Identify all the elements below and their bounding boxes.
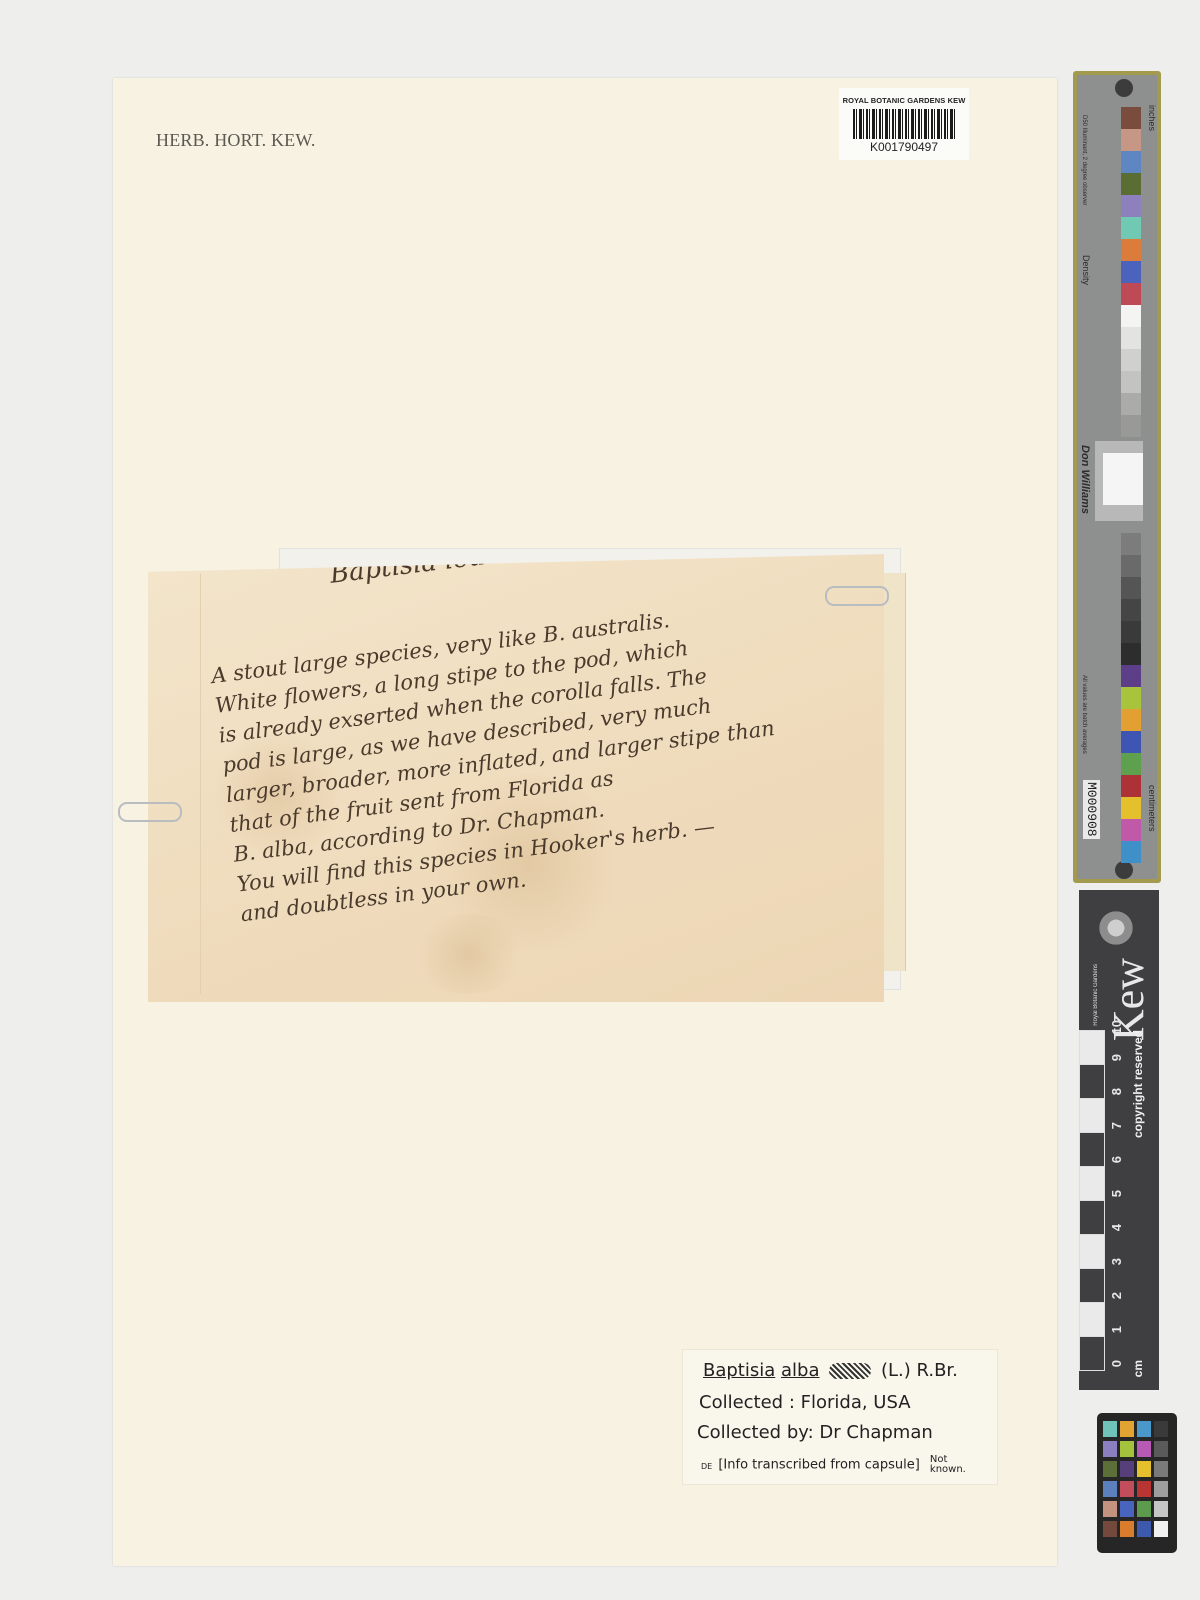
colour-swatch: [1154, 1501, 1168, 1517]
scale-number: 6: [1109, 1156, 1124, 1163]
scale-segment: [1079, 1166, 1105, 1201]
scale-segment: [1079, 1302, 1105, 1337]
colour-swatch: [1121, 621, 1141, 643]
colour-swatch: [1121, 687, 1141, 709]
colour-swatch: [1121, 283, 1141, 305]
resolution-target: [1103, 453, 1143, 505]
colour-swatch: [1154, 1421, 1168, 1437]
colour-swatch: [1121, 217, 1141, 239]
royal-crest-icon: [1097, 908, 1135, 948]
colour-swatch: [1121, 349, 1141, 371]
scale-number: 10: [1109, 1020, 1124, 1034]
swatch-column-bottom: [1121, 533, 1141, 863]
colour-swatch: [1103, 1421, 1117, 1437]
scale-segment: [1079, 1064, 1105, 1099]
not-known-line2: known.: [930, 1464, 966, 1475]
brand-label: Don Williams: [1079, 445, 1091, 514]
colour-swatch: [1137, 1441, 1151, 1457]
herbarium-title: HERB. HORT. KEW.: [156, 130, 316, 151]
scale-segment: [1079, 1132, 1105, 1167]
colour-swatch: [1120, 1521, 1134, 1537]
averages-note: All values are batch averages: [1081, 675, 1087, 754]
collected-location: Collected : Florida, USA: [699, 1392, 911, 1413]
scale-number: 9: [1109, 1054, 1124, 1061]
illuminant-note: D50 Illuminant, 2 degree observer: [1081, 115, 1087, 205]
mounting-hole-icon: [1115, 861, 1133, 879]
scale-segment: [1079, 1030, 1105, 1065]
paperclip-icon: [118, 802, 182, 822]
colour-swatch: [1121, 195, 1141, 217]
colour-calibration-chart: inches centimeters D50 Illuminant, 2 deg…: [1073, 71, 1161, 883]
kew-logo-subtext: Royal Botanic Gardens: [1093, 964, 1099, 1026]
colour-swatch: [1121, 327, 1141, 349]
colour-swatch: [1121, 665, 1141, 687]
genus: Baptisia: [703, 1360, 775, 1381]
colour-swatch: [1121, 129, 1141, 151]
scale-segment: [1079, 1268, 1105, 1303]
scale-number: 2: [1109, 1292, 1124, 1299]
colour-swatch: [1103, 1521, 1117, 1537]
colour-swatch: [1121, 797, 1141, 819]
collector: Collected by: Dr Chapman: [697, 1422, 933, 1443]
chart-id: M000908: [1083, 780, 1100, 839]
kew-scale-bar: Kew Royal Botanic Gardens 012345678910 c…: [1079, 890, 1159, 1390]
scale-number: 1: [1109, 1326, 1124, 1333]
colour-swatch: [1154, 1521, 1168, 1537]
colour-swatch: [1121, 371, 1141, 393]
det-prefix: DE: [701, 1462, 712, 1471]
determination-label: Baptisia alba (L.) R.Br. Collected : Flo…: [682, 1349, 998, 1485]
colour-swatch: [1137, 1521, 1151, 1537]
colour-swatch: [1121, 753, 1141, 775]
note-text: [Info transcribed from capsule]: [718, 1458, 919, 1473]
colour-swatch: [1120, 1461, 1134, 1477]
scale-number: 3: [1109, 1258, 1124, 1265]
crossed-out-text: [829, 1363, 871, 1379]
scale-number: 4: [1109, 1224, 1124, 1231]
colour-swatch: [1121, 393, 1141, 415]
colour-swatch: [1154, 1481, 1168, 1497]
scale-segment: [1079, 1200, 1105, 1235]
barcode-label: ROYAL BOTANIC GARDENS KEW K001790497: [839, 88, 969, 160]
authority: (L.) R.Br.: [881, 1360, 958, 1381]
copyright-text: copyright reserved: [1131, 1030, 1145, 1138]
barcode-organization: ROYAL BOTANIC GARDENS KEW: [843, 96, 966, 105]
capsule-crease: [200, 574, 201, 994]
species: alba: [781, 1360, 820, 1381]
taxon-name: Baptisia alba (L.) R.Br.: [703, 1360, 958, 1381]
colour-swatch: [1103, 1481, 1117, 1497]
scale-number: 0: [1109, 1360, 1124, 1367]
unit-label-centimeters: centimeters: [1147, 785, 1157, 832]
colour-checker: [1097, 1413, 1177, 1553]
paperclip-icon: [825, 586, 889, 606]
not-known: Not known.: [930, 1455, 966, 1475]
unit-label-inches: inches: [1147, 105, 1157, 131]
colour-swatch: [1121, 415, 1141, 437]
colour-swatch: [1154, 1441, 1168, 1457]
colour-swatch: [1154, 1461, 1168, 1477]
colour-swatch: [1121, 555, 1141, 577]
colour-swatch: [1121, 151, 1141, 173]
barcode-icon: [853, 109, 955, 139]
colour-swatch: [1121, 643, 1141, 665]
colour-swatch: [1121, 599, 1141, 621]
colour-swatch: [1120, 1421, 1134, 1437]
colour-swatch: [1121, 841, 1141, 863]
colour-swatch: [1121, 731, 1141, 753]
colour-swatch: [1121, 305, 1141, 327]
scale-segment: [1079, 1336, 1105, 1371]
scale-number: 8: [1109, 1088, 1124, 1095]
colour-swatch: [1103, 1441, 1117, 1457]
scale-segment: [1079, 1234, 1105, 1269]
mounting-hole-icon: [1115, 79, 1133, 97]
colour-swatch: [1121, 107, 1141, 129]
unit-cm: cm: [1131, 1360, 1145, 1377]
scale-segment: [1079, 1098, 1105, 1133]
colour-swatch: [1121, 577, 1141, 599]
colour-swatch: [1120, 1441, 1134, 1457]
specimen-capsule: Baptisia leucantha, fragments. A stout l…: [148, 554, 884, 1002]
scale-number: 5: [1109, 1190, 1124, 1197]
colour-swatch: [1121, 533, 1141, 555]
colour-swatch: [1121, 239, 1141, 261]
colour-swatch: [1137, 1461, 1151, 1477]
scale-number: 7: [1109, 1122, 1124, 1129]
capsule-title: Baptisia leucantha, fragments.: [328, 493, 878, 590]
colour-swatch: [1121, 261, 1141, 283]
transcription-note: DE [Info transcribed from capsule] Not k…: [701, 1455, 966, 1475]
colour-swatch: [1103, 1501, 1117, 1517]
barcode-number: K001790497: [870, 140, 938, 154]
swatch-column-top: [1121, 107, 1141, 437]
herbarium-sheet: HERB. HORT. KEW. ROYAL BOTANIC GARDENS K…: [113, 78, 1057, 1566]
colour-swatch: [1137, 1421, 1151, 1437]
colour-swatch: [1120, 1481, 1134, 1497]
colour-swatch: [1103, 1461, 1117, 1477]
colour-swatch: [1121, 775, 1141, 797]
scale-ticks: [1079, 1030, 1105, 1380]
colour-swatch: [1121, 709, 1141, 731]
water-stain: [408, 914, 528, 994]
colour-swatch: [1137, 1481, 1151, 1497]
colour-swatch: [1137, 1501, 1151, 1517]
colour-swatch: [1121, 819, 1141, 841]
colour-swatch: [1120, 1501, 1134, 1517]
colour-swatch: [1121, 173, 1141, 195]
density-label: Density: [1081, 255, 1091, 285]
